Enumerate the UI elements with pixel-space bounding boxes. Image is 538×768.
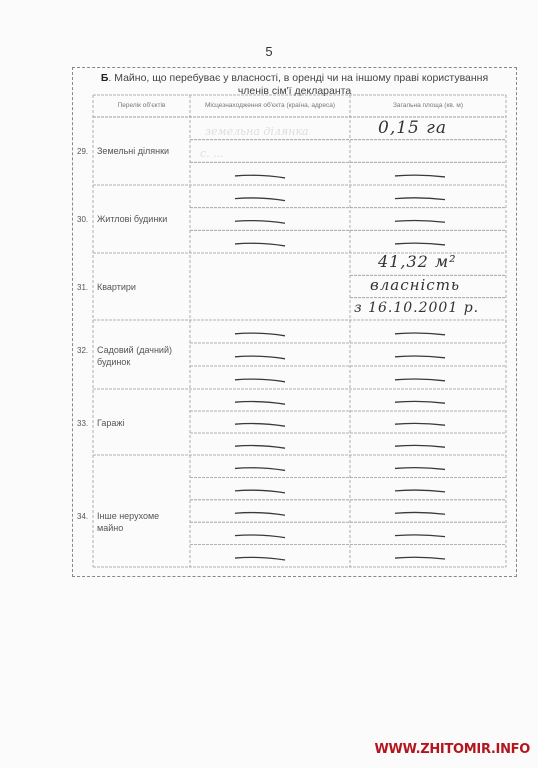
row-number-31: 31. [77, 283, 88, 292]
row-number-29: 29. [77, 147, 88, 156]
section-title-line1: . Майно, що перебуває у власності, в оре… [108, 72, 488, 84]
site-watermark: WWW.ZHITOMIR.INFO [375, 742, 530, 757]
faded-address-line1: земельна ділянка [205, 125, 309, 138]
section-title-line2: членів сім'ї декларанта [72, 85, 517, 98]
section-frame [72, 67, 517, 577]
faded-address-line2: с. ... [200, 147, 224, 160]
row-label-apartments: Квартири [97, 281, 136, 293]
row-label-other-line1: Інше нерухоме [97, 510, 159, 522]
area-apartment-line3: з 16.10.2001 р. [354, 300, 479, 316]
header-object-list: Перелік об'єктів [93, 102, 190, 109]
area-land-plots: 0,15 га [378, 118, 447, 138]
row-number-34: 34. [77, 512, 88, 521]
header-location: Місцезнаходження об'єкта (країна, адреса… [190, 102, 350, 109]
row-label-garden-house-line2: будинок [97, 356, 172, 368]
row-label-other-real-estate: Інше нерухоме майно [97, 510, 159, 534]
area-apartment-line2: власність [370, 276, 460, 294]
header-area: Загальна площа (кв. м) [350, 102, 506, 109]
row-label-houses: Житлові будинки [97, 213, 167, 225]
row-number-33: 33. [77, 419, 88, 428]
row-label-garages: Гаражі [97, 417, 124, 429]
section-title: Б. Майно, що перебуває у власності, в ор… [72, 72, 517, 98]
row-number-32: 32. [77, 346, 88, 355]
row-number-30: 30. [77, 215, 88, 224]
row-label-land-plots: Земельні ділянки [97, 145, 169, 157]
row-label-garden-house: Садовий (дачний) будинок [97, 344, 172, 368]
row-label-other-line2: майно [97, 522, 159, 534]
row-label-garden-house-line1: Садовий (дачний) [97, 344, 172, 356]
area-apartment-line1: 41,32 м² [378, 252, 457, 271]
page-number: 5 [0, 44, 538, 59]
